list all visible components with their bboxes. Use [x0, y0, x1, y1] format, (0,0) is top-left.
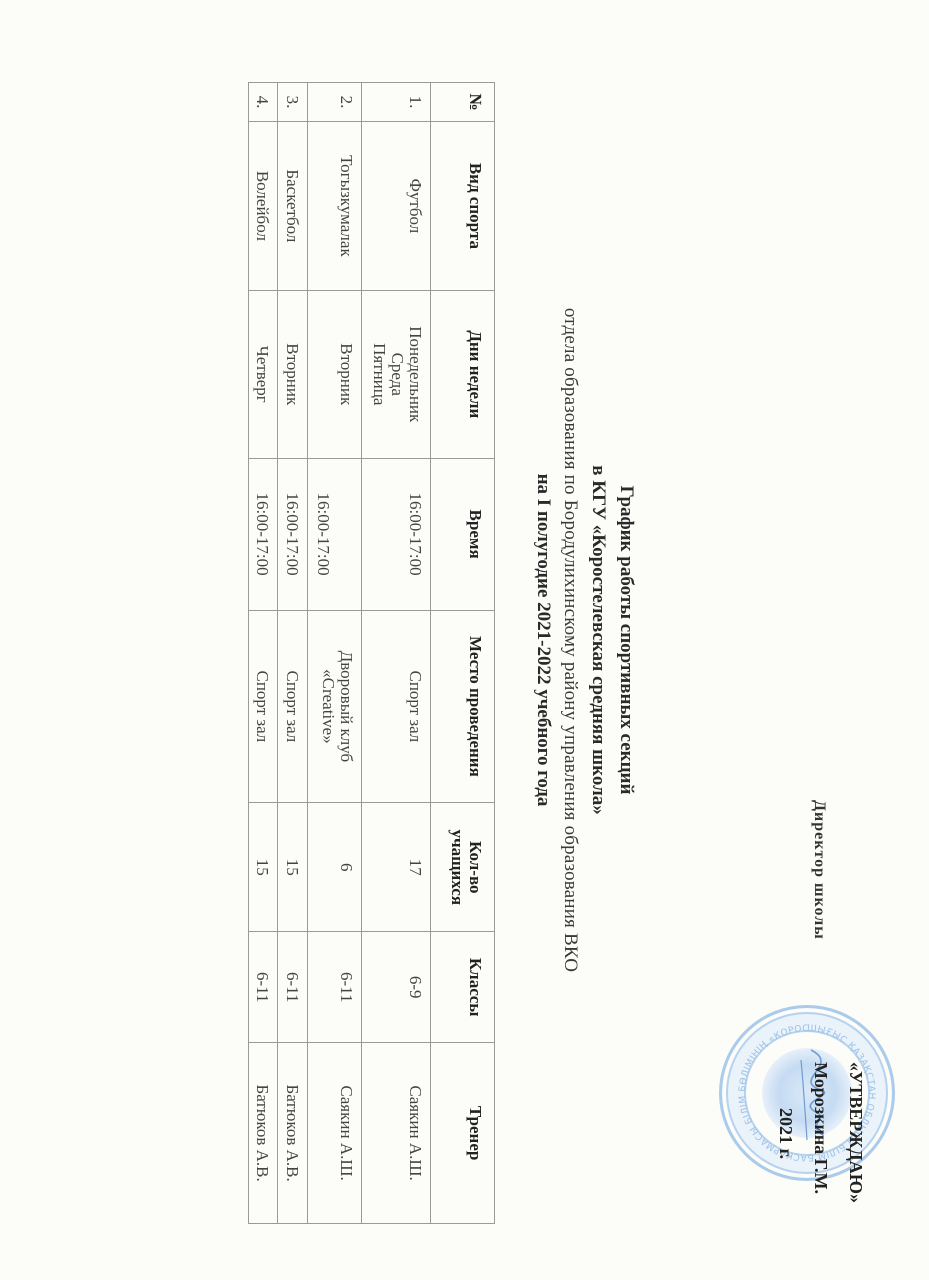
grades-cell: 6-11	[249, 932, 278, 1043]
approval-label: «УТВЕРЖДАЮ»	[845, 1062, 866, 1203]
director-position: Директор школы	[810, 800, 828, 940]
count-cell: 15	[249, 803, 278, 932]
place-cell: Спорт зал	[362, 610, 431, 803]
grades-cell: 6-11	[308, 932, 362, 1043]
grades-cell: 6-11	[278, 932, 308, 1043]
place-line: Дворовый клуб	[337, 613, 355, 801]
coach-cell: Саякин А.Ш.	[308, 1043, 362, 1224]
time-cell: 16:00-17:00	[362, 458, 431, 610]
day: Пятница	[370, 293, 388, 456]
column-header-sport: Вид спорта	[431, 121, 495, 290]
count-cell: 15	[278, 803, 308, 932]
column-header-grades: Классы	[431, 932, 495, 1043]
row-number: 2.	[308, 83, 362, 122]
table-row: 1. Футбол Понедельник Среда Пятница 16:0…	[362, 83, 431, 1224]
approval-year: 2021 г.	[775, 1108, 796, 1159]
table-row: 2. Тогызкумалак Вторник 16:00-17:00 Двор…	[308, 83, 362, 1224]
column-header-time: Время	[431, 458, 495, 610]
column-header-place: Место проведения	[431, 610, 495, 803]
time-cell: 16:00-17:00	[278, 458, 308, 610]
column-header-days: Дни недели	[431, 290, 495, 458]
days-cell: Вторник	[278, 290, 308, 458]
time-cell: 16:00-17:00	[308, 458, 362, 610]
days-cell: Вторник	[308, 290, 362, 458]
column-header-number: №	[431, 83, 495, 122]
coach-cell: Батюков А.В.	[278, 1043, 308, 1224]
count-cell: 6	[308, 803, 362, 932]
place-cell: Спорт зал	[249, 610, 278, 803]
department-name: отдела образования по Бородулихинскому р…	[559, 0, 581, 1280]
column-header-count: Кол-во учащихся	[431, 803, 495, 932]
row-number: 3.	[278, 83, 308, 122]
count-cell: 17	[362, 803, 431, 932]
row-number: 4.	[249, 83, 278, 122]
grades-cell: 6-9	[362, 932, 431, 1043]
document-page: ШЫҒЫС ҚАЗАҚСТАН ОБЛЫСЫ БІЛІМ БАСҚАРМАСЫ …	[0, 0, 929, 1280]
day: Понедельник	[406, 293, 424, 456]
place-cell: Дворовый клуб «Creative»	[308, 610, 362, 803]
coach-cell: Саякин А.Ш.	[362, 1043, 431, 1224]
sport-name: Футбол	[362, 121, 431, 290]
table-header-row: № Вид спорта Дни недели Время Место пров…	[431, 83, 495, 1224]
school-name: в КГУ «Коростелевская средняя школа»	[587, 0, 609, 1280]
coach-cell: Батюков А.В.	[249, 1043, 278, 1224]
sport-name: Баскетбол	[278, 121, 308, 290]
place-line: «Creative»	[319, 613, 337, 801]
approver-name: Морозкина Г.М.	[810, 1062, 831, 1194]
day: Среда	[388, 293, 406, 456]
schedule-table: № Вид спорта Дни недели Время Место пров…	[248, 82, 495, 1224]
time-cell: 16:00-17:00	[249, 458, 278, 610]
table-row: 4. Волейбол Четверг 16:00-17:00 Спорт за…	[249, 83, 278, 1224]
table-row: 3. Баскетбол Вторник 16:00-17:00 Спорт з…	[278, 83, 308, 1224]
days-cell: Понедельник Среда Пятница	[362, 290, 431, 458]
sport-name: Тогызкумалак	[308, 121, 362, 290]
document-title: График работы спортивных секций	[615, 0, 637, 1280]
place-cell: Спорт зал	[278, 610, 308, 803]
row-number: 1.	[362, 83, 431, 122]
days-cell: Четверг	[249, 290, 278, 458]
column-header-coach: Тренер	[431, 1043, 495, 1224]
period-label: на I полугодие 2021-2022 учебного года	[532, 0, 554, 1280]
sport-name: Волейбол	[249, 121, 278, 290]
